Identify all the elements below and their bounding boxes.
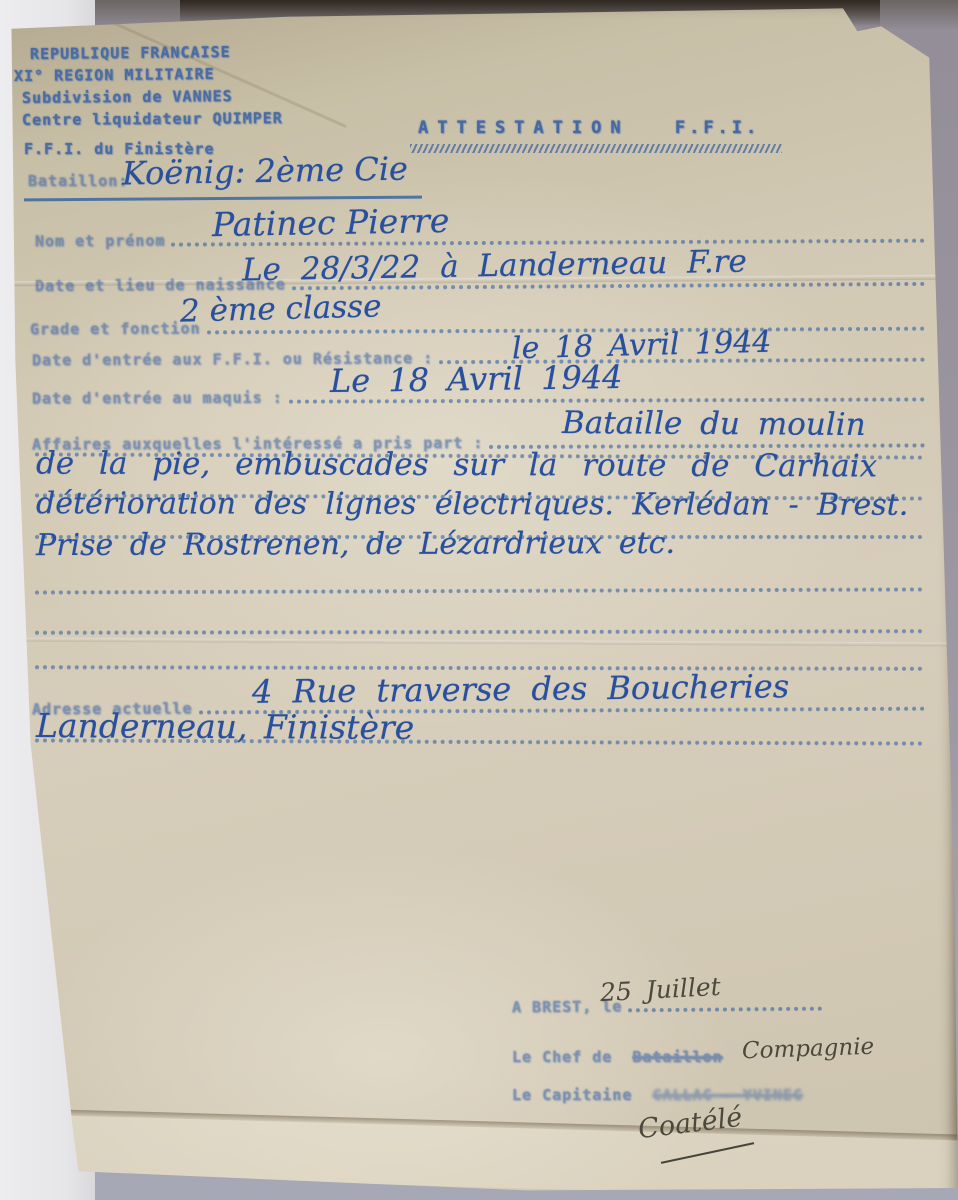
- affaires-line-3: détérioration des lignes électriques. Ke…: [36, 486, 908, 523]
- photo-stage: REPUBLIQUE FRANCAISE XI° REGION MILITAIR…: [0, 0, 958, 1200]
- adresse-line-1: 4 Rue traverse des Boucheries: [252, 667, 790, 711]
- adresse-line-2: Landerneau, Finistère: [36, 706, 414, 747]
- affaires-line-2: de la pie, embuscades sur la route de Ca…: [36, 446, 877, 485]
- dotted-line-empty: [35, 629, 923, 635]
- footer-chef-label: Le Chef de: [512, 1048, 612, 1066]
- document-paper: REPUBLIQUE FRANCAISE XI° REGION MILITAIR…: [0, 0, 958, 1200]
- dotted-leader: [628, 1007, 822, 1013]
- footer-chef-line: Le Chef de Bataillon: [512, 1048, 723, 1066]
- battalion-label: Bataillon:: [28, 172, 128, 190]
- battalion-value: Koënig: 2ème Cie: [122, 150, 409, 193]
- footer-chef-replacement: Compagnie: [742, 1034, 875, 1065]
- footer-capitaine-struck-name: CALLAC — YVINEC: [652, 1086, 802, 1104]
- footer-chef-struck-word: Bataillon: [632, 1048, 722, 1066]
- header-line-4: Centre liquidateur QUIMPER: [22, 109, 283, 129]
- dotted-line-empty: [35, 587, 923, 594]
- footer-capitaine-label: Le Capitaine: [512, 1086, 632, 1104]
- field-value-grade: 2 ème classe: [180, 288, 382, 329]
- paper-crease: [0, 637, 958, 646]
- field-value-nom: Patinec Pierre: [212, 201, 450, 244]
- header-line-1: REPUBLIQUE FRANCAISE: [30, 43, 231, 63]
- signature: Coatélé: [637, 1102, 744, 1146]
- field-label-maquis: Date d'entrée au maquis :: [32, 389, 283, 408]
- footer-capitaine-line: Le Capitaine CALLAC — YVINEC: [512, 1086, 803, 1104]
- battalion-underline: [24, 196, 422, 202]
- doc-title-suffix: F.F.I.: [675, 118, 760, 138]
- paper-fold-flap: [59, 1115, 958, 1200]
- doc-title: ATTESTATION F.F.I.: [418, 118, 760, 138]
- field-value-maquis: Le 18 Avril 1944: [330, 358, 623, 400]
- title-underline: [410, 144, 782, 153]
- field-label-nom: Nom et prénom: [35, 232, 165, 251]
- signature-flourish: [661, 1142, 754, 1164]
- paper-fold-line: [60, 1109, 958, 1140]
- affaires-line-4: Prise de Rostrenen, de Lézardrieux etc.: [36, 526, 675, 563]
- affaires-line-1: Bataille du moulin: [562, 405, 866, 443]
- field-label-grade: Grade et fonction: [30, 319, 201, 338]
- header-line-2: XI° REGION MILITAIRE: [14, 65, 215, 85]
- doc-title-word: ATTESTATION: [418, 118, 630, 138]
- header-line-3: Subdivision de VANNES: [22, 87, 233, 107]
